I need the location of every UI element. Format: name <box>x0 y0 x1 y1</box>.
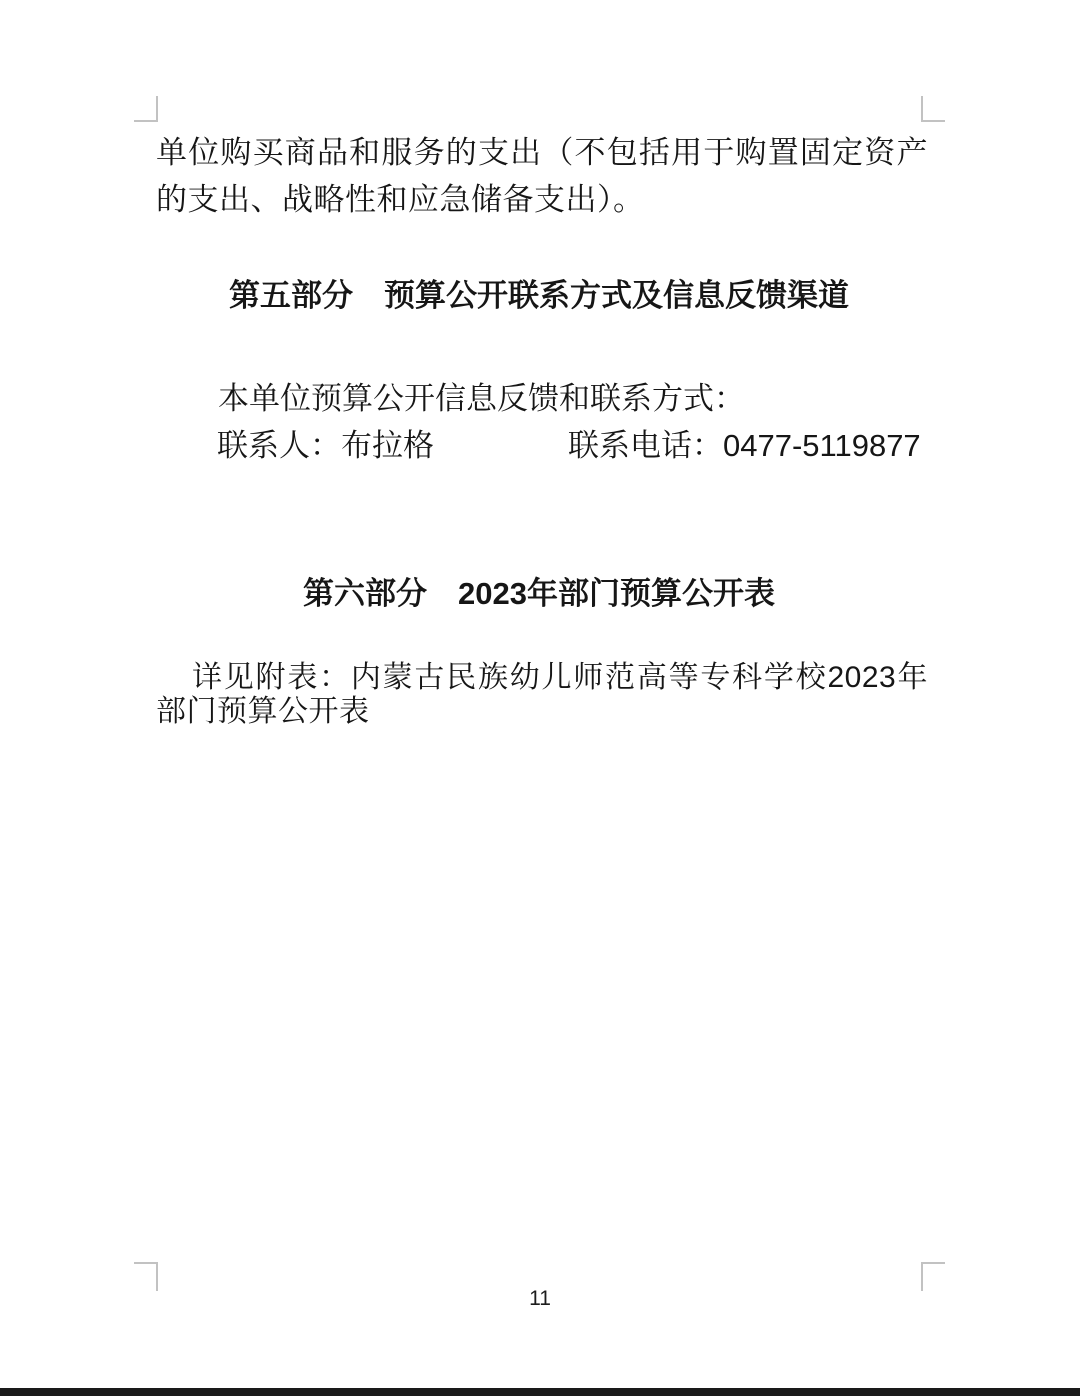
next-page-edge-bar <box>0 1388 1080 1396</box>
section-5-heading: 第五部分 预算公开联系方式及信息反馈渠道 <box>156 272 922 319</box>
paragraph-expenditure-note: 单位购买商品和服务的支出（不包括用于购置固定资产的支出、战略性和应急储备支出）。 <box>156 129 928 223</box>
document-page: 单位购买商品和服务的支出（不包括用于购置固定资产的支出、战略性和应急储备支出）。… <box>0 0 1080 1396</box>
text-boundary-mark-top-left <box>134 96 158 122</box>
contact-phone-text: 联系电话：0477-5119877 <box>568 422 921 469</box>
contact-intro-text: 本单位预算公开信息反馈和联系方式： <box>156 375 928 422</box>
contact-block: 本单位预算公开信息反馈和联系方式： 联系人：布拉格 联系电话：0477-5119… <box>156 375 928 469</box>
paragraph-appendix-note: 详见附表：内蒙古民族幼儿师范高等专科学校2023年部门预算公开表 <box>156 661 928 729</box>
page-number: 11 <box>0 1287 1080 1311</box>
contact-person-text: 联系人：布拉格 <box>217 422 434 469</box>
section-6-heading: 第六部分 2023年部门预算公开表 <box>156 570 922 617</box>
text-boundary-mark-top-right <box>921 96 945 122</box>
contact-line: 联系人：布拉格 联系电话：0477-5119877 <box>156 422 928 469</box>
